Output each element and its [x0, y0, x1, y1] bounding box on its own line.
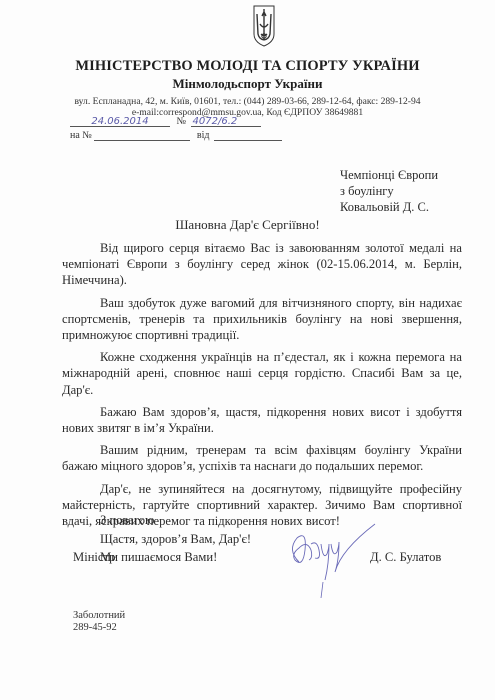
- reply-to-number: [94, 130, 190, 141]
- coat-of-arms-icon: [252, 4, 276, 48]
- signatory-name: Д. С. Булатов: [370, 550, 441, 565]
- body-paragraph: Кожне сходження українців на п’єдестал, …: [62, 349, 462, 398]
- ministry-short-name: Мінмолодьспорт України: [0, 76, 495, 92]
- signatory-position: Міністр: [73, 550, 115, 565]
- recipient-block: Чемпіонці Європи з боулінгу Ковальовій Д…: [340, 167, 438, 215]
- from-label: від: [197, 130, 210, 141]
- outgoing-date: 24.06.2014: [70, 116, 170, 127]
- body-paragraph: Вашим рідним, тренерам та всім фахівцям …: [62, 442, 462, 474]
- recipient-line: Чемпіонці Європи: [340, 167, 438, 183]
- letter-page: МІНІСТЕРСТВО МОЛОДІ ТА СПОРТУ УКРАЇНИ Мі…: [0, 0, 495, 700]
- outgoing-number: 4072/6.2: [191, 116, 261, 127]
- reply-to-label: на №: [70, 130, 92, 141]
- executor-block: Заболотний 289-45-92: [73, 610, 125, 634]
- outgoing-registration: 24.06.2014 № 4072/6.2: [70, 116, 261, 127]
- ministry-address: вул. Еспланадна, 42, м. Київ, 01601, тел…: [0, 96, 495, 118]
- ministry-name: МІНІСТЕРСТВО МОЛОДІ ТА СПОРТУ УКРАЇНИ: [0, 58, 495, 75]
- recipient-line: з боулінгу: [340, 183, 438, 199]
- executor-name: Заболотний: [73, 610, 125, 622]
- address-line: вул. Еспланадна, 42, м. Київ, 01601, тел…: [0, 96, 495, 107]
- body-paragraph: Від щирого серця вітаємо Вас із завоюван…: [62, 240, 462, 289]
- body-paragraph: Ваш здобуток дуже вагомий для вітчизняно…: [62, 295, 462, 344]
- reply-from-date: [214, 130, 282, 141]
- closing-line: Щастя, здоров’я Вам, Дар'є!: [62, 531, 462, 547]
- reply-registration: на № від: [70, 130, 282, 141]
- number-label: №: [177, 116, 187, 127]
- body-paragraph: Бажаю Вам здоров’я, щастя, підкорення но…: [62, 404, 462, 436]
- executor-phone: 289-45-92: [73, 622, 125, 634]
- recipient-line: Ковальовій Д. С.: [340, 199, 438, 215]
- regards: З повагою: [100, 513, 154, 528]
- salutation: Шановна Дар'є Сергіївно!: [0, 217, 495, 233]
